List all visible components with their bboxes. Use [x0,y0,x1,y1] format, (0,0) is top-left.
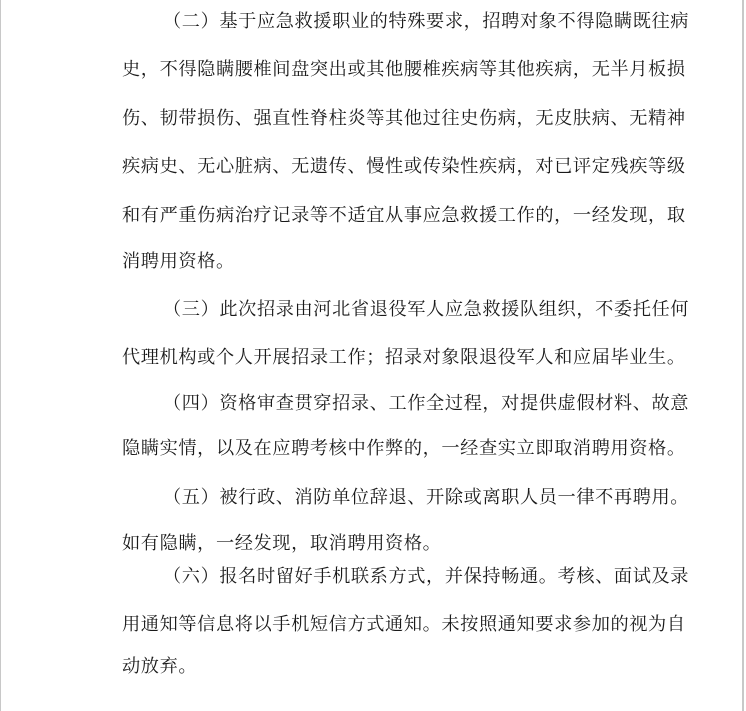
paragraph-2-line-6: 消聘用资格。 [122,251,652,273]
paragraph-2-line-4: 疾病史、无心脏病、无遗传、慢性或传染性疾病，对已评定残疾等级 [122,156,652,178]
paragraph-6-line-2: 用通知等信息将以手机短信方式通知。未按照通知要求参加的视为自 [122,614,652,636]
paragraph-6-line-1: （六）报名时留好手机联系方式，并保持畅通。考核、面试及录 [163,566,653,588]
paragraph-6-line-3: 动放弃。 [122,656,652,678]
paragraph-4-line-2: 隐瞒实情，以及在应聘考核中作弊的，一经查实立即取消聘用资格。 [122,438,652,460]
paragraph-5-line-2: 如有隐瞒，一经发现，取消聘用资格。 [122,533,652,555]
paragraph-2-line-2: 史，不得隐瞒腰椎间盘突出或其他腰椎疾病等其他疾病，无半月板损 [122,59,652,81]
paragraph-4-line-1: （四）资格审查贯穿招录、工作全过程，对提供虚假材料、故意 [163,393,653,415]
paragraph-3-line-1: （三）此次招录由河北省退役军人应急救援队组织，不委托任何 [163,299,653,321]
document-page: （二）基于应急救援职业的特殊要求，招聘对象不得隐瞒既往病 史，不得隐瞒腰椎间盘突… [0,0,744,711]
paragraph-5-line-1: （五）被行政、消防单位辞退、开除或离职人员一律不再聘用。 [163,487,653,509]
paragraph-2-line-1: （二）基于应急救援职业的特殊要求，招聘对象不得隐瞒既往病 [163,11,653,33]
paragraph-2-line-3: 伤、韧带损伤、强直性脊柱炎等其他过往史伤病，无皮肤病、无精神 [122,108,652,130]
paragraph-3-line-2: 代理机构或个人开展招录工作；招录对象限退役军人和应届毕业生。 [122,347,652,369]
paragraph-2-line-5: 和有严重伤病治疗记录等不适宜从事应急救援工作的，一经发现，取 [122,205,652,227]
